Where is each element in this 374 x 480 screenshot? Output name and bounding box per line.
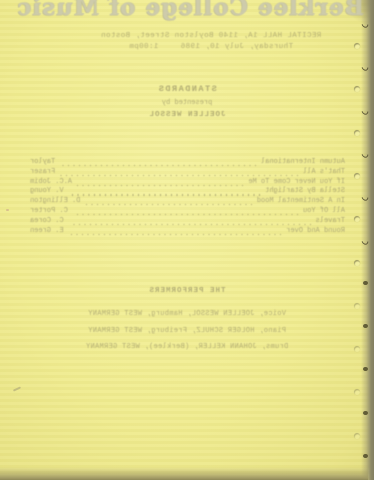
- composer-name: C. Porter: [30, 207, 68, 215]
- composer-name: Fraser: [30, 168, 55, 176]
- punch-hole: [354, 303, 360, 309]
- program-row: If You Never Come To Me A.C. Jobim: [30, 178, 345, 188]
- composer-name: Taylor: [30, 158, 55, 166]
- dot-leader: [69, 224, 311, 225]
- berklee-logo-text: Berklee College of Music: [52, 0, 364, 21]
- song-title: Round And Over: [286, 227, 345, 235]
- composer-name: D. Ellington: [30, 197, 80, 205]
- performer-line: Drums, JOHANN KELLER, (Berklee), WEST GE…: [0, 343, 374, 351]
- program-row: Travels C. Corea: [30, 217, 345, 227]
- program-row: In A Sentimental Mood D. Ellington: [30, 197, 345, 207]
- song-title: Travels: [316, 217, 345, 225]
- program-row: Round And Over E. Green: [30, 227, 345, 237]
- punch-hole: [354, 130, 360, 136]
- program-row: Stella By Starlight V. Young: [30, 187, 345, 197]
- dot-leader: [69, 234, 282, 235]
- dot-leader: [77, 185, 243, 186]
- program-list: Autumn International Taylor That's All F…: [30, 158, 345, 236]
- scanned-program-page: Berklee College of Music RECITAL HALL 1A…: [0, 0, 374, 480]
- composer-name: V. Young: [30, 187, 64, 195]
- bleedthrough-layer: Berklee College of Music RECITAL HALL 1A…: [0, 0, 374, 480]
- composer-name: C. Corea: [30, 217, 64, 225]
- performers-heading: THE PERFORMERS: [0, 287, 374, 295]
- program-row: That's All Fraser: [30, 168, 345, 178]
- performers-section: THE PERFORMERS Voice, JOELLEN WESSOL, Ha…: [0, 287, 374, 351]
- venue-address: RECITAL HALL 1A, 1140 Boylston Street, B…: [48, 31, 374, 42]
- venue-datetime: Thursday, July 10, 19861:00pm: [48, 42, 374, 53]
- recital-title-block: STANDARDS presented by JOELLEN WESSOL: [0, 84, 374, 119]
- binding-edge-mark: [363, 324, 368, 328]
- dot-leader: [73, 214, 298, 215]
- dot-leader: [85, 204, 251, 205]
- program-row: Autumn International Taylor: [30, 158, 345, 168]
- presented-by-label: presented by: [0, 99, 374, 107]
- punch-hole: [354, 433, 360, 439]
- binding-edge-mark: [363, 281, 368, 285]
- recital-title: STANDARDS: [0, 84, 374, 94]
- binding-edge-mark: [363, 454, 368, 458]
- performer-line: Piano, HOLGER SCHULZ, Freiburg, WEST GER…: [0, 327, 374, 335]
- event-date: Thursday, July 10, 1986: [180, 43, 293, 51]
- song-title: In A Sentimental Mood: [257, 197, 345, 205]
- presenter-name: JOELLEN WESSOL: [0, 111, 374, 119]
- performers-list: Voice, JOELLEN WESSOL, Hamburg, WEST GER…: [0, 310, 374, 351]
- song-title: All Of You: [303, 207, 345, 215]
- page-bottom-shadow: [0, 467, 368, 480]
- punch-hole: [354, 173, 360, 179]
- dot-leader: [60, 175, 298, 176]
- performer-line: Voice, JOELLEN WESSOL, Hamburg, WEST GER…: [0, 310, 374, 318]
- event-time: 1:00pm: [129, 42, 158, 53]
- song-title: Stella By Starlight: [265, 187, 345, 195]
- composer-name: E. Green: [30, 227, 64, 235]
- song-title: If You Never Come To Me: [248, 178, 345, 186]
- song-title: Autumn International: [261, 158, 345, 166]
- venue-block: RECITAL HALL 1A, 1140 Boylston Street, B…: [48, 31, 374, 53]
- composer-name: A.C. Jobim: [30, 178, 72, 186]
- punch-hole: [354, 260, 360, 266]
- dot-leader: [60, 165, 256, 166]
- dot-leader: [69, 194, 261, 195]
- binding-edge-mark: [363, 411, 368, 415]
- program-row: All Of You C. Porter: [30, 207, 345, 217]
- song-title: That's All: [303, 168, 345, 176]
- punch-hole: [354, 43, 360, 49]
- paper-speck: [6, 209, 9, 211]
